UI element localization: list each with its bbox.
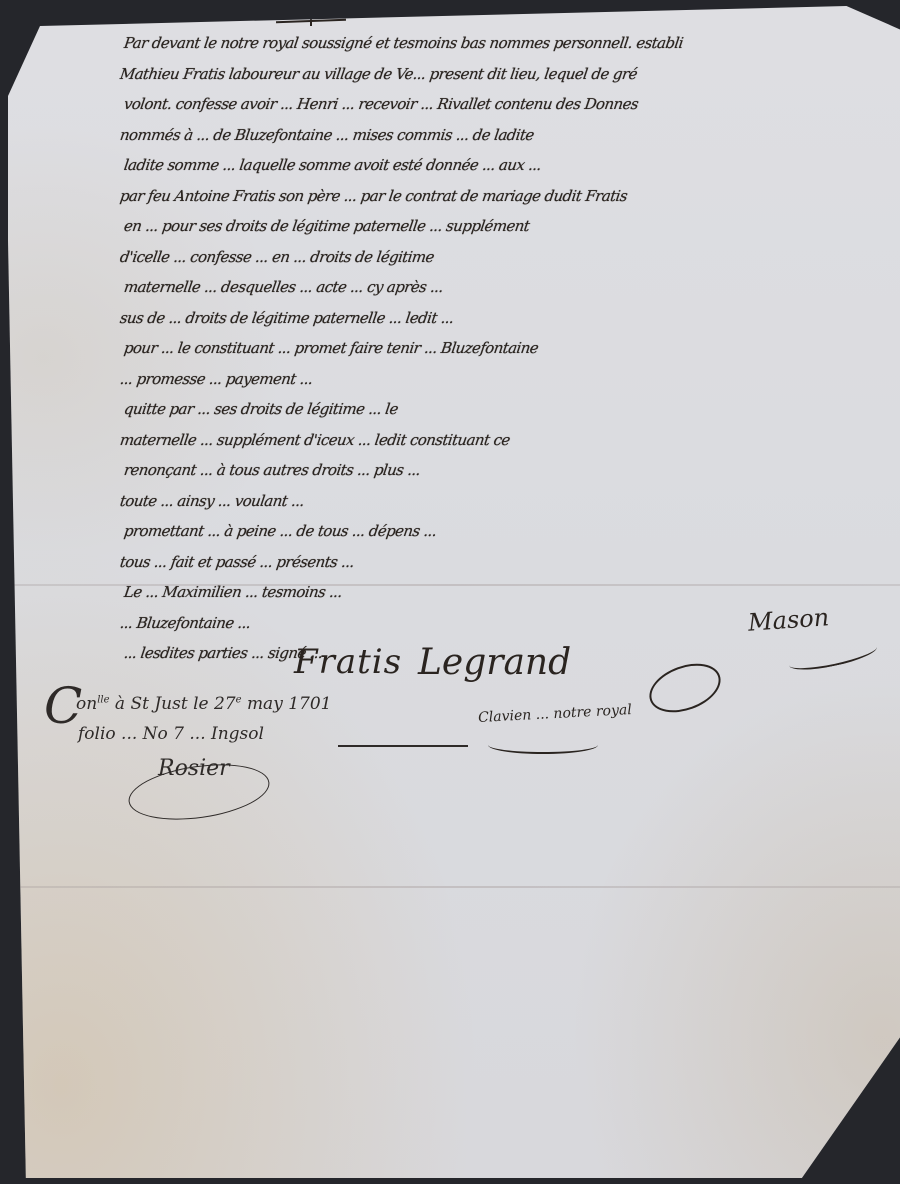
registration-sup: lle <box>97 694 109 705</box>
signature-notary: Clavien ... notre royal <box>478 702 632 726</box>
registration-line-1: onlle à St Just le 27e may 1701 <box>76 694 331 714</box>
signature-fratis: Fratis <box>294 642 402 682</box>
registration-prefix: on <box>76 694 97 714</box>
registration-place: à St Just le 27 <box>115 694 236 714</box>
registration-flourish <box>125 756 273 827</box>
manuscript-page: Par devant le notre royal soussigné et t… <box>8 6 900 1178</box>
manuscript-line: Le ... Maximilien ... tesmoins ... <box>122 577 892 608</box>
manuscript-line: maternelle ... supplément d'iceux ... le… <box>118 425 892 456</box>
manuscript-line: volont. confesse avoir ... Henri ... rec… <box>122 89 892 120</box>
manuscript-line: Mathieu Fratis laboureur au village de V… <box>118 59 892 90</box>
registration-date: may 1701 <box>247 694 332 714</box>
manuscript-line: d'icelle ... confesse ... en ... droits … <box>118 242 892 273</box>
manuscript-line: Par devant le notre royal soussigné et t… <box>122 28 892 59</box>
manuscript-line: pour ... le constituant ... promet faire… <box>122 333 892 364</box>
manuscript-line: quitte par ... ses droits de légitime ..… <box>122 394 892 425</box>
signature-flourish <box>488 736 598 754</box>
manuscript-line: tous ... fait et passé ... présents ... <box>118 547 892 578</box>
manuscript-line: ladite somme ... laquelle somme avoit es… <box>122 150 892 181</box>
manuscript-line: renonçant ... à tous autres droits ... p… <box>122 455 892 486</box>
manuscript-line: sus de ... droits de légitime paternelle… <box>118 303 892 334</box>
signature-legrand: Legrand <box>418 642 571 683</box>
manuscript-line: maternelle ... desquelles ... acte ... c… <box>122 272 892 303</box>
registration-line-2: folio ... No 7 ... Ingsol <box>78 724 264 744</box>
signature-mason: Mason <box>747 603 830 637</box>
manuscript-body: Par devant le notre royal soussigné et t… <box>120 28 890 669</box>
manuscript-line: promettant ... à peine ... de tous ... d… <box>122 516 892 547</box>
registration-underline <box>338 745 468 747</box>
fold-line <box>8 886 900 888</box>
manuscript-line: en ... pour ses droits de légitime pater… <box>122 211 892 242</box>
manuscript-line: ... promesse ... payement ... <box>118 364 892 395</box>
manuscript-line: toute ... ainsy ... voulant ... <box>118 486 892 517</box>
header-cross-mark <box>276 12 346 26</box>
manuscript-line: nommés à ... de Bluzefontaine ... mises … <box>118 120 892 151</box>
registration-sup: e <box>236 694 242 705</box>
manuscript-line: par feu Antoine Fratis son père ... par … <box>118 181 892 212</box>
